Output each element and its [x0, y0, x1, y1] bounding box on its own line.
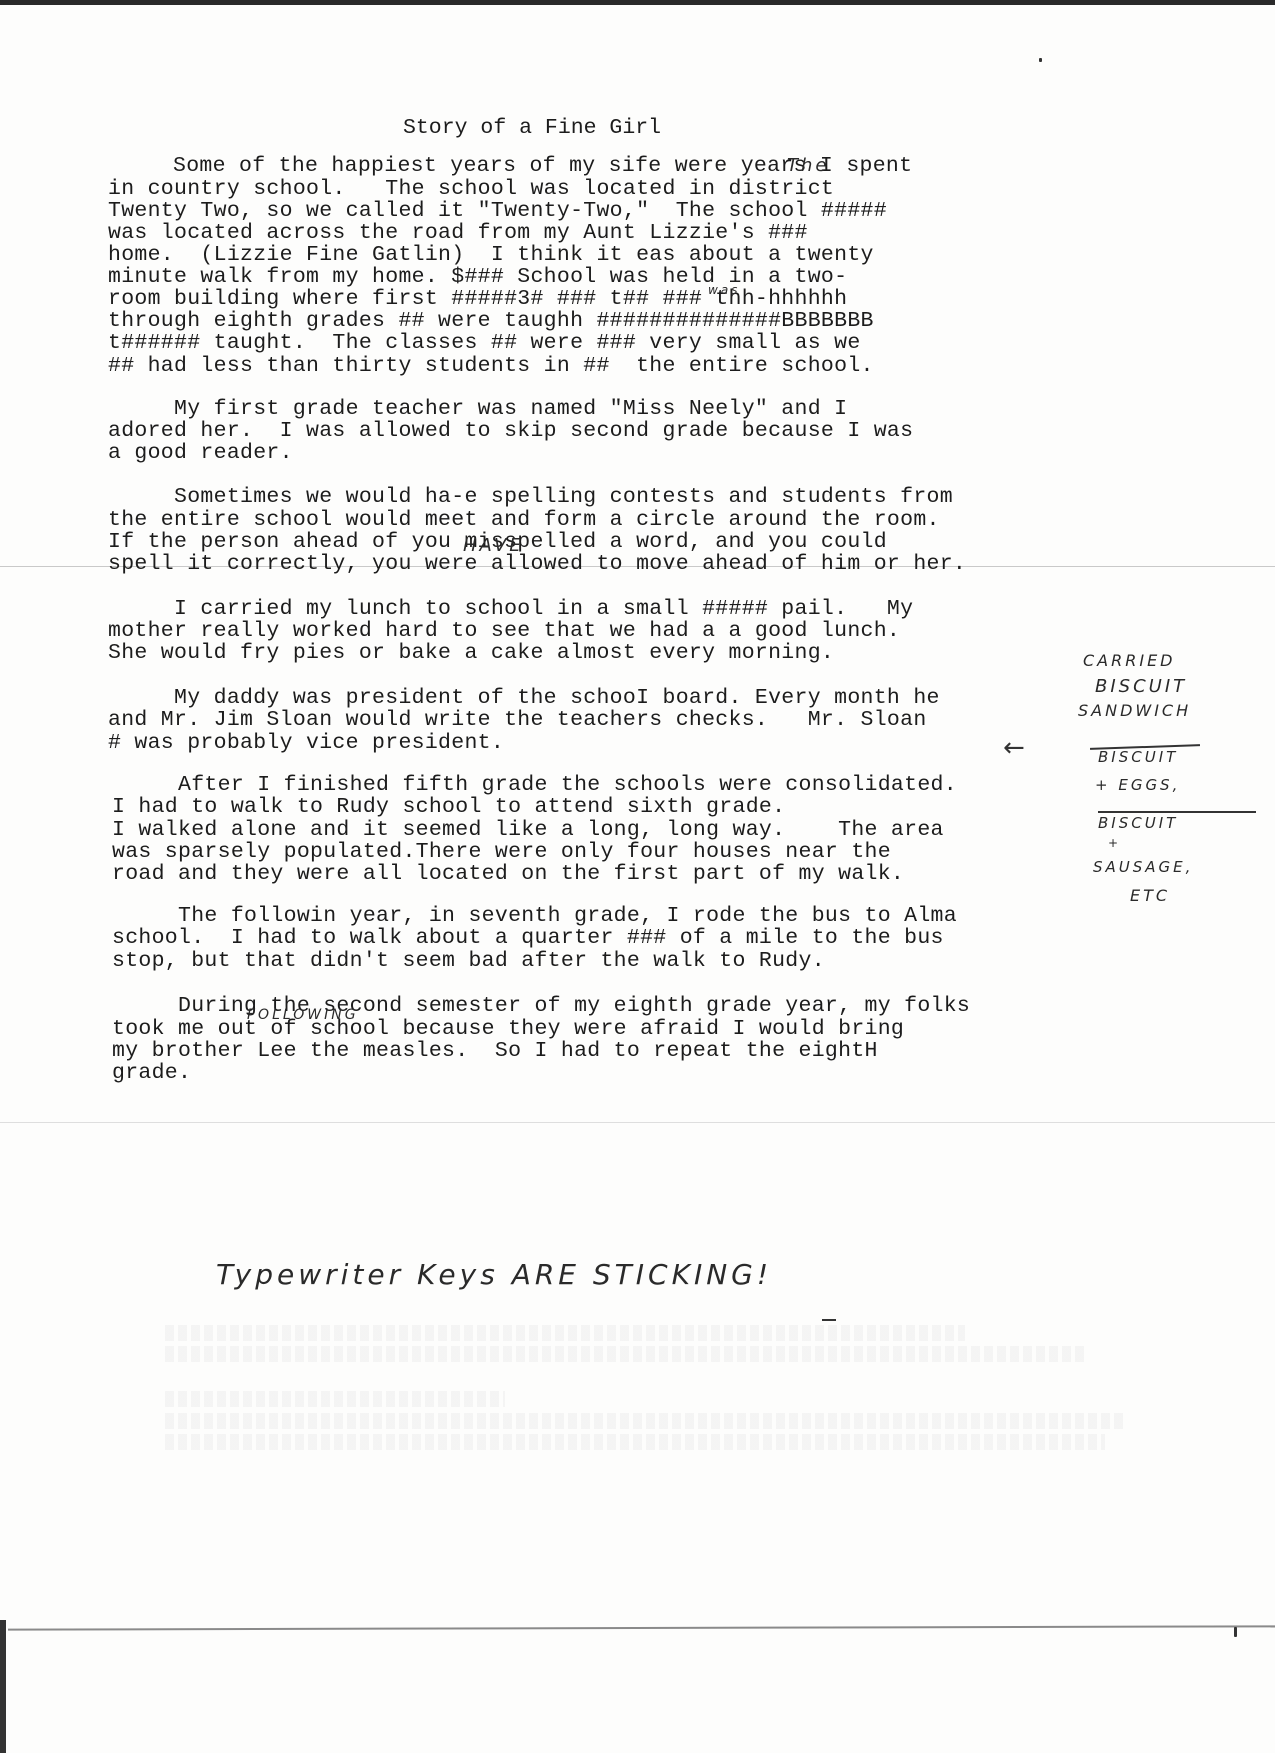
typed-line: I had to walk to Rudy school to attend s…: [112, 795, 785, 819]
typed-line: my brother Lee the measles. So I had to …: [112, 1039, 878, 1063]
bleed-through-line: [165, 1434, 1105, 1450]
bleed-through-line: [165, 1413, 1125, 1429]
typed-line: took me out of school because they were …: [112, 1017, 904, 1041]
margin-note-line: ETC: [1130, 886, 1170, 905]
ink-dash: [822, 1319, 836, 1321]
scan-top-edge: [0, 0, 1275, 5]
fold-line-lower: [8, 1625, 1275, 1630]
ink-speck: [1234, 1627, 1237, 1637]
typed-line: After I finished fifth grade the schools…: [112, 773, 957, 797]
handwritten-footer-note: Typewriter Keys ARE STICKING!: [216, 1258, 772, 1291]
typed-line: the entire school would meet and form a …: [108, 508, 940, 532]
bleed-through-line: [165, 1325, 965, 1341]
typed-line: Twenty Two, so we called it "Twenty-Two,…: [108, 199, 887, 223]
handwritten-correction-following: FOLLOWING: [247, 1007, 359, 1023]
margin-note-line: SANDWICH: [1078, 701, 1191, 720]
typed-line: t###### taught. The classes ## were ### …: [108, 331, 861, 355]
typed-line: spell it correctly, you were allowed to …: [108, 552, 966, 576]
margin-note-line: SAUSAGE,: [1093, 858, 1193, 876]
scan-left-edge: [0, 1620, 6, 1753]
typed-line: in country school. The school was locate…: [108, 177, 834, 201]
margin-note-line: +: [1108, 836, 1121, 850]
typed-line: stop, but that didn't seem bad after the…: [112, 949, 825, 973]
handwritten-correction-have: HAVE: [463, 535, 524, 556]
typed-line: My daddy was president of the schooI boa…: [108, 686, 940, 710]
typed-line: was sparsely populated.There were only f…: [112, 840, 891, 864]
typed-line: The followin year, in seventh grade, I r…: [112, 904, 957, 928]
typed-line: through eighth grades ## were taughh ###…: [108, 309, 874, 333]
margin-note-line: BISCUIT: [1098, 748, 1178, 766]
typed-line: school. I had to walk about a quarter ##…: [112, 926, 944, 950]
handwritten-correction-the: The: [787, 155, 829, 176]
typed-line: mother really worked hard to see that we…: [108, 619, 900, 643]
typed-line: was located across the road from my Aunt…: [108, 221, 808, 245]
typed-line: During the second semester of my eighth …: [112, 994, 970, 1018]
typed-line: She would fry pies or bake a cake almost…: [108, 641, 834, 665]
fold-line-middle: [0, 1122, 1275, 1123]
scanned-page: Story of a Fine Girl Some of the happies…: [0, 0, 1275, 1753]
typed-line: and Mr. Jim Sloan would write the teache…: [108, 708, 927, 732]
typed-line: road and they were all located on the fi…: [112, 862, 904, 886]
typed-line: home. (Lizzie Fine Gatlin) I think it ea…: [108, 243, 874, 267]
ink-speck: [1039, 58, 1042, 62]
typed-line: # was probably vice president.: [108, 731, 504, 755]
bleed-through-line: [165, 1346, 1085, 1362]
typed-line: I walked alone and it seemed like a long…: [112, 818, 944, 842]
typed-line: ## had less than thirty students in ## t…: [108, 354, 874, 378]
margin-note-line: BISCUIT: [1095, 676, 1187, 697]
margin-underline: [1098, 811, 1256, 813]
typed-line: grade.: [112, 1061, 191, 1085]
arrow-left-icon: ←: [1003, 733, 1025, 763]
typed-line: adored her. I was allowed to skip second…: [108, 419, 913, 443]
margin-note-line: BISCUIT: [1098, 814, 1178, 832]
bleed-through-line: [165, 1391, 505, 1407]
margin-note-line: CARRIED: [1083, 651, 1176, 670]
document-title: Story of a Fine Girl: [403, 116, 661, 140]
typed-line: I carried my lunch to school in a small …: [108, 597, 913, 621]
typed-line: Sometimes we would ha-e spelling contest…: [108, 485, 953, 509]
handwritten-correction-was: was: [708, 283, 740, 297]
typed-line: My first grade teacher was named "Miss N…: [108, 397, 847, 421]
margin-note-line: + EGGS,: [1095, 776, 1180, 794]
typed-line: a good reader.: [108, 441, 293, 465]
